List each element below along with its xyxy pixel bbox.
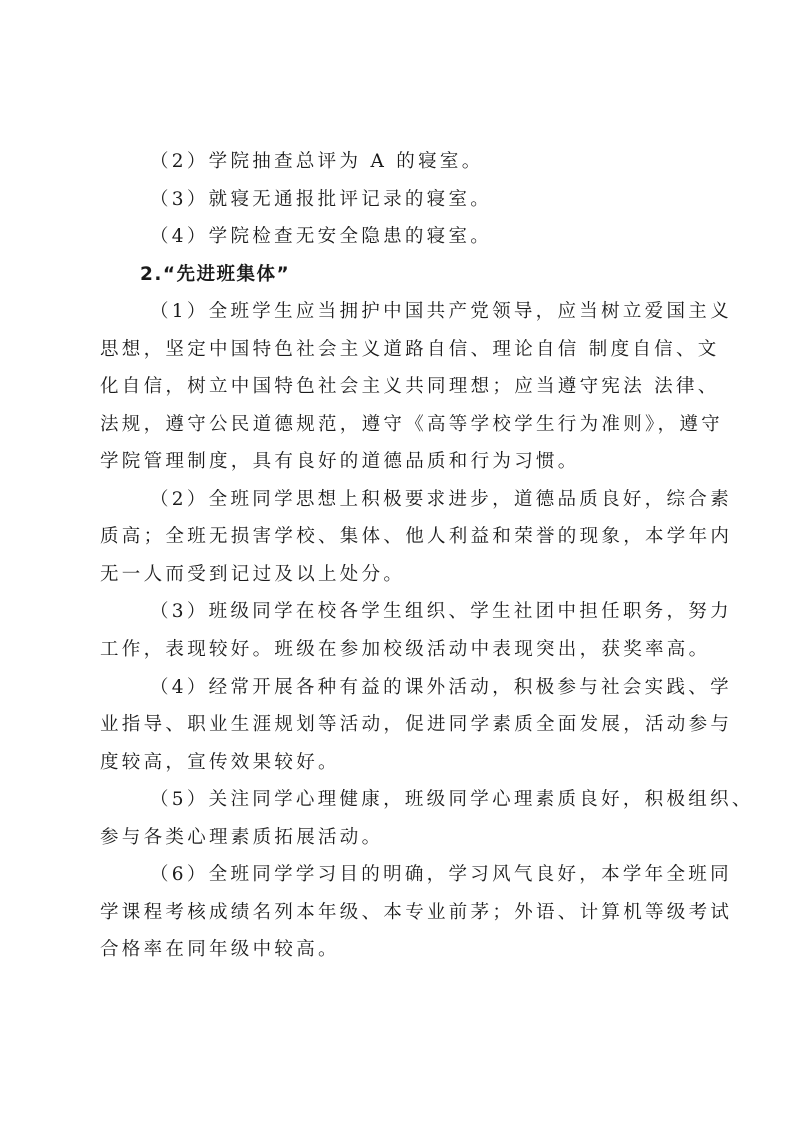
- paragraph-line: （6）全班同学学习目的明确，学习风气良好，本学年全班同: [150, 863, 750, 887]
- paragraph-line: 合格率在同年级中较高。: [100, 938, 700, 962]
- paragraph-line: 学课程考核成绩名列本年级、本专业前茅；外语、计算机等级考试: [100, 901, 700, 925]
- paragraph-line: 工作，表现较好。班级在参加校级活动中表现突出，获奖率高。: [100, 638, 700, 662]
- paragraph-line: （3）班级同学在校各学生组织、学生社团中担任职务，努力: [150, 600, 750, 624]
- paragraph-line: 业指导、职业生涯规划等活动，促进同学素质全面发展，活动参与: [100, 713, 700, 737]
- list-item-dorm-3: （3）就寝无通报批评记录的寝室。: [150, 188, 750, 212]
- section-heading-advanced-class: 2.“先进班集体”: [140, 263, 740, 287]
- paragraph-line: 参与各类心理素质拓展活动。: [100, 826, 700, 850]
- paragraph-line: （4）经常开展各种有益的课外活动，积极参与社会实践、学: [150, 676, 750, 700]
- paragraph-line: 学院管理制度，具有良好的道德品质和行为习惯。: [100, 450, 700, 474]
- paragraph-line: （1）全班学生应当拥护中国共产党领导，应当树立爱国主义: [150, 300, 750, 324]
- list-item-dorm-4: （4）学院检查无安全隐患的寝室。: [150, 225, 750, 249]
- paragraph-line: （2）全班同学思想上积极要求进步，道德品质良好，综合素: [150, 488, 750, 512]
- list-item-dorm-2: （2）学院抽查总评为 A 的寝室。: [150, 150, 750, 174]
- paragraph-line: （5）关注同学心理健康，班级同学心理素质良好，积极组织、: [150, 788, 750, 812]
- paragraph-line: 化自信，树立中国特色社会主义共同理想；应当遵守宪法 法律、: [100, 375, 700, 399]
- document-page: （2）学院抽查总评为 A 的寝室。 （3）就寝无通报批评记录的寝室。 （4）学院…: [0, 0, 793, 1122]
- paragraph-line: 质高；全班无损害学校、集体、他人利益和荣誉的现象，本学年内: [100, 525, 700, 549]
- paragraph-line: 法规，遵守公民道德规范，遵守《高等学校学生行为准则》，遵守: [100, 413, 700, 437]
- paragraph-line: 思想，坚定中国特色社会主义道路自信、理论自信 制度自信、文: [100, 338, 700, 362]
- paragraph-line: 无一人而受到记过及以上处分。: [100, 563, 700, 587]
- paragraph-line: 度较高，宣传效果较好。: [100, 751, 700, 775]
